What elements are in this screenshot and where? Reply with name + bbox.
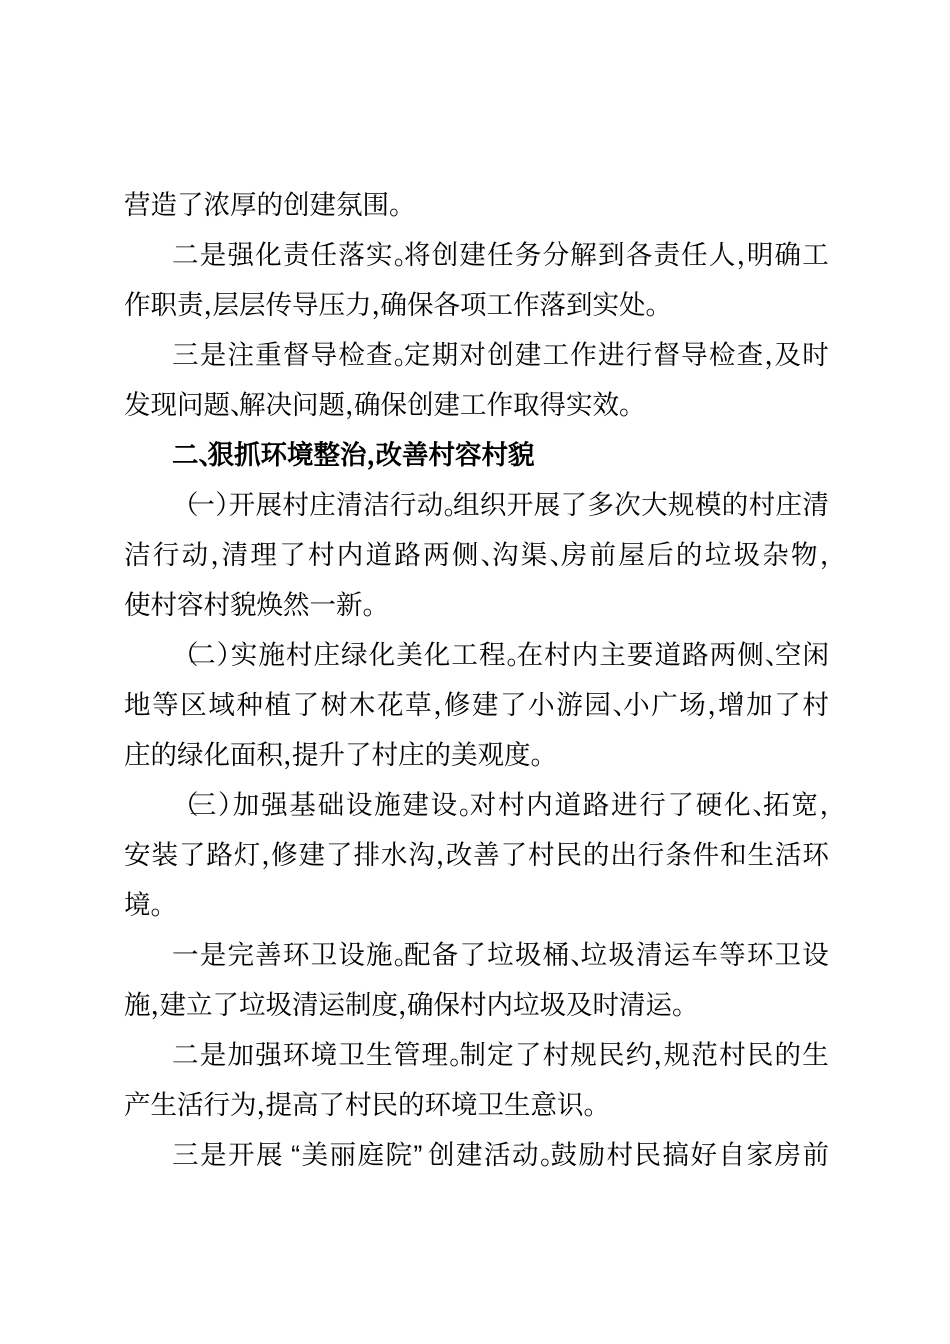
text-line: （二）实施村庄绿化美化工程。在村内主要道路两侧、空闲 (124, 630, 829, 680)
document-body: 营造了浓厚的创建氛围。二是强化责任落实。将创建任务分解到各责任人，明确工作职责，… (124, 180, 829, 1180)
text-line: 三是注重督导检查。定期对创建工作进行督导检查，及时 (124, 330, 829, 380)
text-line: 一是完善环卫设施。配备了垃圾桶、垃圾清运车等环卫设 (124, 930, 829, 980)
text-line: （三）加强基础设施建设。对村内道路进行了硬化、拓宽， (124, 780, 829, 830)
text-line: 安装了路灯，修建了排水沟，改善了村民的出行条件和生活环 (124, 830, 829, 880)
text-line: （一）开展村庄清洁行动。组织开展了多次大规模的村庄清 (124, 480, 829, 530)
text-line: 作职责，层层传导压力，确保各项工作落到实处。 (124, 280, 829, 330)
text-line: 三是开展“美丽庭院”创建活动。鼓励村民搞好自家房前 (124, 1130, 829, 1180)
text-line: 庄的绿化面积，提升了村庄的美观度。 (124, 730, 829, 780)
heading-line: 二、狠抓环境整治，改善村容村貌 (124, 430, 829, 480)
document-page: 营造了浓厚的创建氛围。二是强化责任落实。将创建任务分解到各责任人，明确工作职责，… (0, 0, 950, 1344)
text-line: 洁行动，清理了村内道路两侧、沟渠、房前屋后的垃圾杂物， (124, 530, 829, 580)
text-line: 施，建立了垃圾清运制度，确保村内垃圾及时清运。 (124, 980, 829, 1030)
text-line: 营造了浓厚的创建氛围。 (124, 180, 829, 230)
text-line: 二是加强环境卫生管理。制定了村规民约，规范村民的生 (124, 1030, 829, 1080)
text-line: 地等区域种植了树木花草，修建了小游园、小广场，增加了村 (124, 680, 829, 730)
text-line: 发现问题、解决问题，确保创建工作取得实效。 (124, 380, 829, 430)
text-line: 产生活行为，提高了村民的环境卫生意识。 (124, 1080, 829, 1130)
text-line: 境。 (124, 880, 829, 930)
text-line: 二是强化责任落实。将创建任务分解到各责任人，明确工 (124, 230, 829, 280)
text-line: 使村容村貌焕然一新。 (124, 580, 829, 630)
